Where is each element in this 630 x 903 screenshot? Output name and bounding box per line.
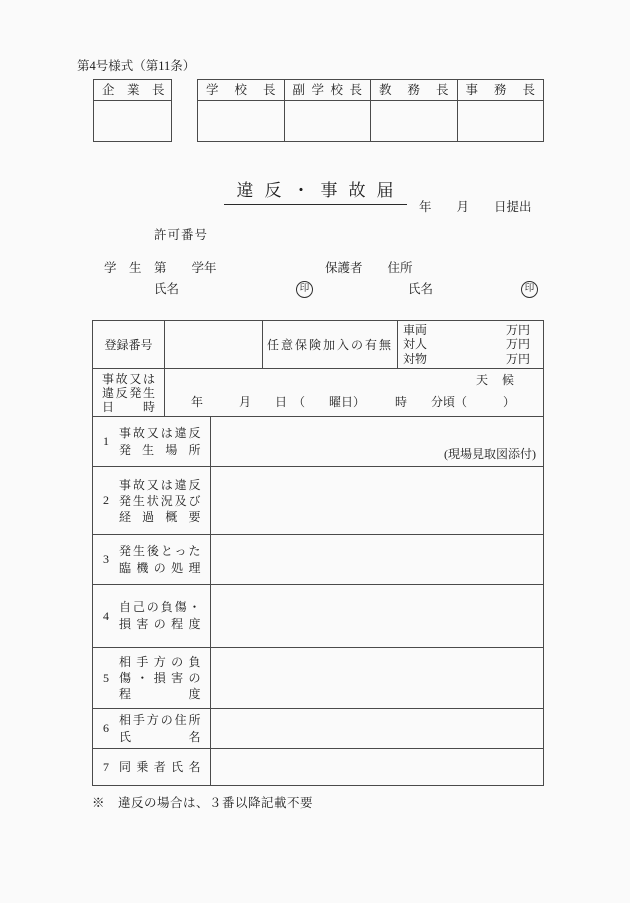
row3-label-line2: 臨機の処理 bbox=[119, 560, 201, 577]
approval-col-academic-head: 教 務 長 bbox=[370, 80, 457, 141]
approval-head-principal: 学 校 長 bbox=[198, 80, 284, 101]
student-seal-icon: 印 bbox=[296, 281, 313, 298]
form-title: 違反・事故届 bbox=[224, 176, 407, 205]
insurance-line-vehicle: 車両 万円 bbox=[398, 323, 543, 337]
row4-input-cell[interactable] bbox=[211, 585, 543, 647]
permit-number-label: 許可番号 bbox=[154, 228, 208, 244]
row7-label-cell: 7 同乗者氏名 bbox=[93, 749, 211, 785]
approval-box-company: 企 業 長 bbox=[93, 79, 172, 142]
row1-number: 1 bbox=[93, 417, 119, 466]
occurrence-label-line1: 事故又は bbox=[102, 372, 155, 386]
row1-label-cell: 1 事故又は違反 発生場所 bbox=[93, 417, 211, 466]
row1-input-cell[interactable]: (現場見取図添付) bbox=[211, 417, 543, 466]
violation-accident-report-form: 第4号様式（第11条） 企 業 長 学 校 長 副 学 校 長 教 務 長 事 … bbox=[0, 0, 630, 903]
row6-input-cell[interactable] bbox=[211, 709, 543, 748]
registration-input-cell[interactable] bbox=[165, 321, 263, 368]
insurance-person-unit: 万円 bbox=[506, 337, 530, 351]
insurance-person-label: 対人 bbox=[403, 337, 427, 351]
occurrence-datetime-input-cell[interactable]: 天 候 年 月 日 （ 曜日） 時 分頃（ ） bbox=[165, 369, 543, 416]
row5-label-line2: 傷・損害の bbox=[119, 670, 201, 686]
approval-head-company: 企 業 長 bbox=[94, 80, 171, 101]
insurance-line-property: 対物 万円 bbox=[398, 352, 543, 366]
insurance-vehicle-label: 車両 bbox=[403, 323, 427, 337]
insurance-vehicle-unit: 万円 bbox=[506, 323, 530, 337]
row4-label-cell: 4 自己の負傷・ 損害の程度 bbox=[93, 585, 211, 647]
row5-label: 相手方の負 傷・損害の 程度 bbox=[119, 648, 210, 708]
row5-input-cell[interactable] bbox=[211, 648, 543, 708]
violation-footnote: ※ 違反の場合は、３番以降記載不要 bbox=[92, 793, 313, 811]
row-occurrence-datetime: 事故又は 違反発生 日時 天 候 年 月 日 （ 曜日） 時 分頃（ ） bbox=[93, 368, 543, 416]
insurance-label: 任意保険加入の有無 bbox=[263, 321, 398, 368]
row6-label-cell: 6 相手方の住所 氏名 bbox=[93, 709, 211, 748]
approval-box-school: 学 校 長 副 学 校 長 教 務 長 事 務 長 bbox=[197, 79, 544, 142]
row2-input-cell[interactable] bbox=[211, 467, 543, 534]
row1-label-line1: 事故又は違反 bbox=[119, 425, 201, 442]
approval-stamp-area-office-head[interactable] bbox=[458, 101, 544, 141]
weather-label: 天 候 bbox=[476, 373, 515, 388]
insurance-property-unit: 万円 bbox=[506, 352, 530, 366]
table-row-1-location: 1 事故又は違反 発生場所 (現場見取図添付) bbox=[93, 416, 543, 466]
row7-label: 同乗者氏名 bbox=[119, 749, 210, 785]
row7-label-line1: 同乗者氏名 bbox=[119, 759, 201, 776]
row3-label-line1: 発生後とった bbox=[119, 543, 201, 560]
approval-stamp-area-vice-principal[interactable] bbox=[285, 101, 371, 141]
row3-number: 3 bbox=[93, 535, 119, 584]
student-grade-line: 学 生 第 学年 bbox=[104, 261, 217, 277]
approval-stamp-area-principal[interactable] bbox=[198, 101, 284, 141]
insurance-values-cell[interactable]: 車両 万円 対人 万円 対物 万円 bbox=[398, 321, 543, 368]
row-registration: 登録番号 任意保険加入の有無 車両 万円 対人 万円 対物 万円 bbox=[93, 321, 543, 368]
table-row-2-situation: 2 事故又は違反 発生状況及び 経過概要 bbox=[93, 466, 543, 534]
student-name-label: 氏名 bbox=[154, 282, 179, 298]
row2-label-line2: 発生状況及び bbox=[119, 493, 201, 509]
approval-head-academic-head: 教 務 長 bbox=[371, 80, 457, 101]
row2-number: 2 bbox=[93, 467, 119, 534]
table-row-5-other-party-injury: 5 相手方の負 傷・損害の 程度 bbox=[93, 647, 543, 708]
row6-label-line2: 氏名 bbox=[119, 729, 201, 746]
registration-label: 登録番号 bbox=[93, 321, 165, 368]
approval-col-office-head: 事 務 長 bbox=[457, 80, 544, 141]
row2-label-cell: 2 事故又は違反 発生状況及び 経過概要 bbox=[93, 467, 211, 534]
guardian-address-line: 保護者 住所 bbox=[325, 261, 413, 277]
row3-input-cell[interactable] bbox=[211, 535, 543, 584]
table-row-4-own-injury: 4 自己の負傷・ 損害の程度 bbox=[93, 584, 543, 647]
occurrence-label-line2: 違反発生 bbox=[102, 386, 155, 400]
table-row-7-passenger-name: 7 同乗者氏名 bbox=[93, 748, 543, 785]
approval-stamp-area-company[interactable] bbox=[94, 101, 171, 141]
row4-number: 4 bbox=[93, 585, 119, 647]
row6-label-line1: 相手方の住所 bbox=[119, 712, 201, 729]
row3-label-cell: 3 発生後とった 臨機の処理 bbox=[93, 535, 211, 584]
submit-date-line: 年 月 日提出 bbox=[419, 200, 532, 216]
form-code-label: 第4号様式（第11条） bbox=[77, 59, 195, 75]
row2-label-line1: 事故又は違反 bbox=[119, 477, 201, 493]
insurance-property-label: 対物 bbox=[403, 352, 427, 366]
approval-head-vice-principal: 副 学 校 長 bbox=[285, 80, 371, 101]
table-row-6-other-party-name: 6 相手方の住所 氏名 bbox=[93, 708, 543, 748]
insurance-line-person: 対人 万円 bbox=[398, 337, 543, 351]
table-row-3-measures: 3 発生後とった 臨機の処理 bbox=[93, 534, 543, 584]
report-table: 登録番号 任意保険加入の有無 車両 万円 対人 万円 対物 万円 bbox=[92, 320, 544, 786]
row2-label: 事故又は違反 発生状況及び 経過概要 bbox=[119, 467, 210, 534]
row1-label-line2: 発生場所 bbox=[119, 442, 201, 459]
row4-label: 自己の負傷・ 損害の程度 bbox=[119, 585, 210, 647]
row5-label-line3: 程度 bbox=[119, 686, 201, 702]
approval-col-principal: 学 校 長 bbox=[198, 80, 284, 141]
row3-label: 発生後とった 臨機の処理 bbox=[119, 535, 210, 584]
approval-col-vice-principal: 副 学 校 長 bbox=[284, 80, 371, 141]
approval-head-office-head: 事 務 長 bbox=[458, 80, 544, 101]
scene-sketch-note: (現場見取図添付) bbox=[444, 445, 536, 462]
form-title-row: 違反・事故届 bbox=[0, 176, 630, 205]
row2-label-line3: 経過概要 bbox=[119, 509, 201, 525]
row6-label: 相手方の住所 氏名 bbox=[119, 709, 210, 748]
occurrence-datetime-label: 事故又は 違反発生 日時 bbox=[93, 369, 165, 416]
guardian-name-label: 氏名 bbox=[408, 282, 433, 298]
row4-label-line1: 自己の負傷・ bbox=[119, 599, 201, 616]
datetime-template-line: 年 月 日 （ 曜日） 時 分頃（ ） bbox=[191, 395, 515, 410]
row5-label-line1: 相手方の負 bbox=[119, 654, 201, 670]
row5-number: 5 bbox=[93, 648, 119, 708]
occurrence-label-line3: 日時 bbox=[102, 400, 155, 414]
row5-label-cell: 5 相手方の負 傷・損害の 程度 bbox=[93, 648, 211, 708]
row7-number: 7 bbox=[93, 749, 119, 785]
approval-stamp-area-academic-head[interactable] bbox=[371, 101, 457, 141]
row6-number: 6 bbox=[93, 709, 119, 748]
row4-label-line2: 損害の程度 bbox=[119, 616, 201, 633]
row1-label: 事故又は違反 発生場所 bbox=[119, 417, 210, 466]
row7-input-cell[interactable] bbox=[211, 749, 543, 785]
guardian-seal-icon: 印 bbox=[521, 281, 538, 298]
